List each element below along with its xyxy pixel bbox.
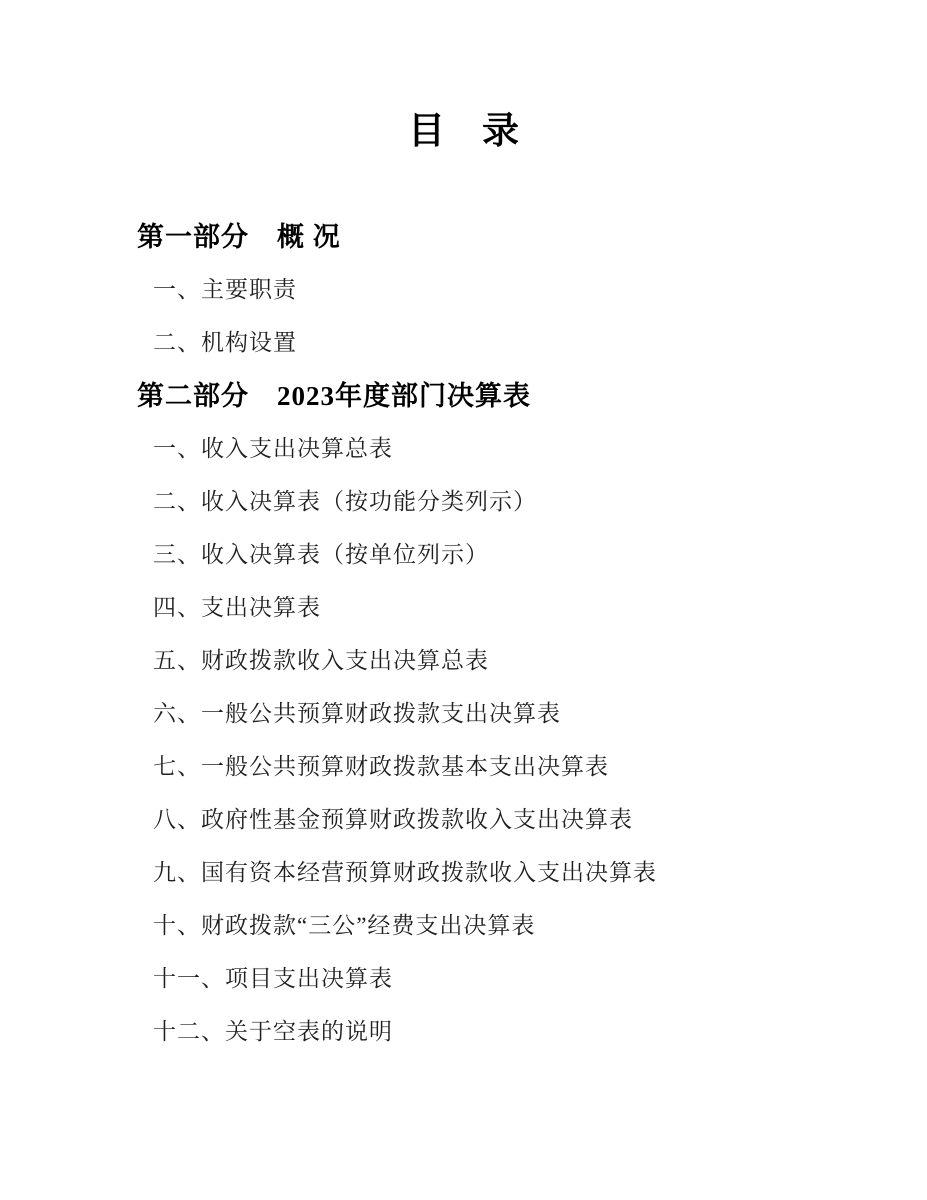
document-page: 目 录 第一部分 概 况 一、主要职责 二、机构设置 第二部分 2023年度部门… <box>0 0 927 1200</box>
toc-row: 七、一般公共预算财政拨款基本支出决算表 <box>0 738 927 791</box>
toc-entry: 九、国有资本经营预算财政拨款收入支出决算表 <box>0 854 657 887</box>
toc-row: 十二、关于空表的说明 <box>0 1003 927 1056</box>
toc-row: 四、支出决算表 <box>0 579 927 632</box>
section-header-part1: 第一部分 概 况 <box>0 215 341 254</box>
toc-entry: 六、一般公共预算财政拨款支出决算表 <box>0 695 561 728</box>
toc-entry: 一、收入支出决算总表 <box>0 430 393 463</box>
toc-entry: 五、财政拨款收入支出决算总表 <box>0 642 489 675</box>
toc-row: 十、财政拨款“三公”经费支出决算表 <box>0 897 927 950</box>
toc-entry: 十一、项目支出决算表 <box>0 960 393 993</box>
section-row: 第二部分 2023年度部门决算表 <box>0 367 927 420</box>
table-of-contents: 第一部分 概 况 一、主要职责 二、机构设置 第二部分 2023年度部门决算表 … <box>0 208 927 1056</box>
toc-row: 五、财政拨款收入支出决算总表 <box>0 632 927 685</box>
toc-entry: 四、支出决算表 <box>0 589 321 622</box>
toc-row: 九、国有资本经营预算财政拨款收入支出决算表 <box>0 844 927 897</box>
page-title: 目 录 <box>0 110 927 152</box>
toc-row: 一、收入支出决算总表 <box>0 420 927 473</box>
toc-entry: 七、一般公共预算财政拨款基本支出决算表 <box>0 748 609 781</box>
toc-entry: 二、收入决算表（按功能分类列示） <box>0 483 537 516</box>
section-row: 第一部分 概 况 <box>0 208 927 261</box>
toc-entry: 十、财政拨款“三公”经费支出决算表 <box>0 907 535 940</box>
toc-row: 十一、项目支出决算表 <box>0 950 927 1003</box>
toc-row: 一、主要职责 <box>0 261 927 314</box>
toc-entry: 十二、关于空表的说明 <box>0 1013 393 1046</box>
toc-row: 六、一般公共预算财政拨款支出决算表 <box>0 685 927 738</box>
toc-row: 八、政府性基金预算财政拨款收入支出决算表 <box>0 791 927 844</box>
toc-entry: 八、政府性基金预算财政拨款收入支出决算表 <box>0 801 633 834</box>
toc-row: 二、机构设置 <box>0 314 927 367</box>
section-header-part2: 第二部分 2023年度部门决算表 <box>0 374 531 413</box>
toc-row: 三、收入决算表（按单位列示） <box>0 526 927 579</box>
toc-entry: 二、机构设置 <box>0 324 297 357</box>
toc-row: 二、收入决算表（按功能分类列示） <box>0 473 927 526</box>
toc-entry: 一、主要职责 <box>0 271 297 304</box>
toc-entry: 三、收入决算表（按单位列示） <box>0 536 489 569</box>
